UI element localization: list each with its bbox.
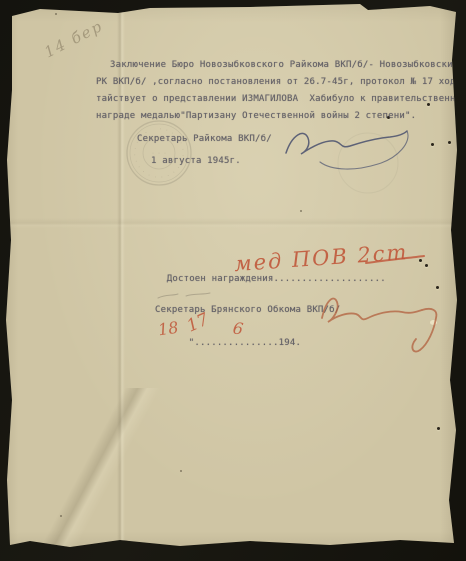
paper-hole [419, 259, 422, 262]
paper-blemish [430, 320, 437, 325]
date-dots-a: ....... [194, 338, 233, 348]
pencil-note: 14 бер [41, 17, 106, 62]
typed-body: Заключение Бюро Новозыбковского Райкома … [96, 57, 458, 125]
blue-signature [286, 131, 408, 169]
typed-line: Заключение Бюро Новозыбковского Райкома … [96, 57, 458, 74]
round-stamp: · · · · · · · · · · · · · · · · · · · · … [127, 121, 191, 185]
typed-line: награде медалью"Партизану Отечественной … [96, 108, 458, 125]
faint-stamp-impression [338, 133, 398, 193]
raikom-secretary-line: Секретарь Райкома ВКП/б/ [137, 134, 272, 144]
dotted-fill: .................... [273, 274, 385, 284]
paper-hole [431, 143, 434, 146]
typed-line: РК ВКП/б/ ,согласно постановления от 26.… [96, 74, 458, 91]
award-worthiness-label: Достоен награждения [167, 274, 274, 284]
paper-hole [437, 427, 440, 430]
paper-speck [180, 470, 182, 472]
paper-hole [448, 141, 451, 144]
paper-sheet: 14 бер Заключение Бюро Новозыбковского Р… [0, 0, 466, 561]
scan-background: 14 бер Заключение Бюро Новозыбковского Р… [0, 0, 466, 561]
raikom-date-line: 1 августа 1945г. [151, 156, 241, 166]
date-end: . [296, 338, 302, 348]
paper-hole [425, 264, 428, 267]
fold-crease-diagonal [0, 388, 205, 561]
obkom-secretary-line: Секретарь Брянского Обкома ВКП/б/ [155, 305, 340, 315]
paper-speck [300, 210, 302, 212]
paper-hole [436, 286, 439, 289]
date-year-prefix: 194 [279, 338, 296, 348]
paper-speck [60, 515, 62, 517]
typed-line: тайствует о представлении ИЗМАГИЛОВА Хаб… [96, 91, 458, 108]
paper-speck [55, 13, 57, 15]
fold-crease-horizontal [0, 218, 466, 228]
date-dots-b: ........ [234, 338, 279, 348]
handwritten-day: 18 [157, 318, 180, 340]
